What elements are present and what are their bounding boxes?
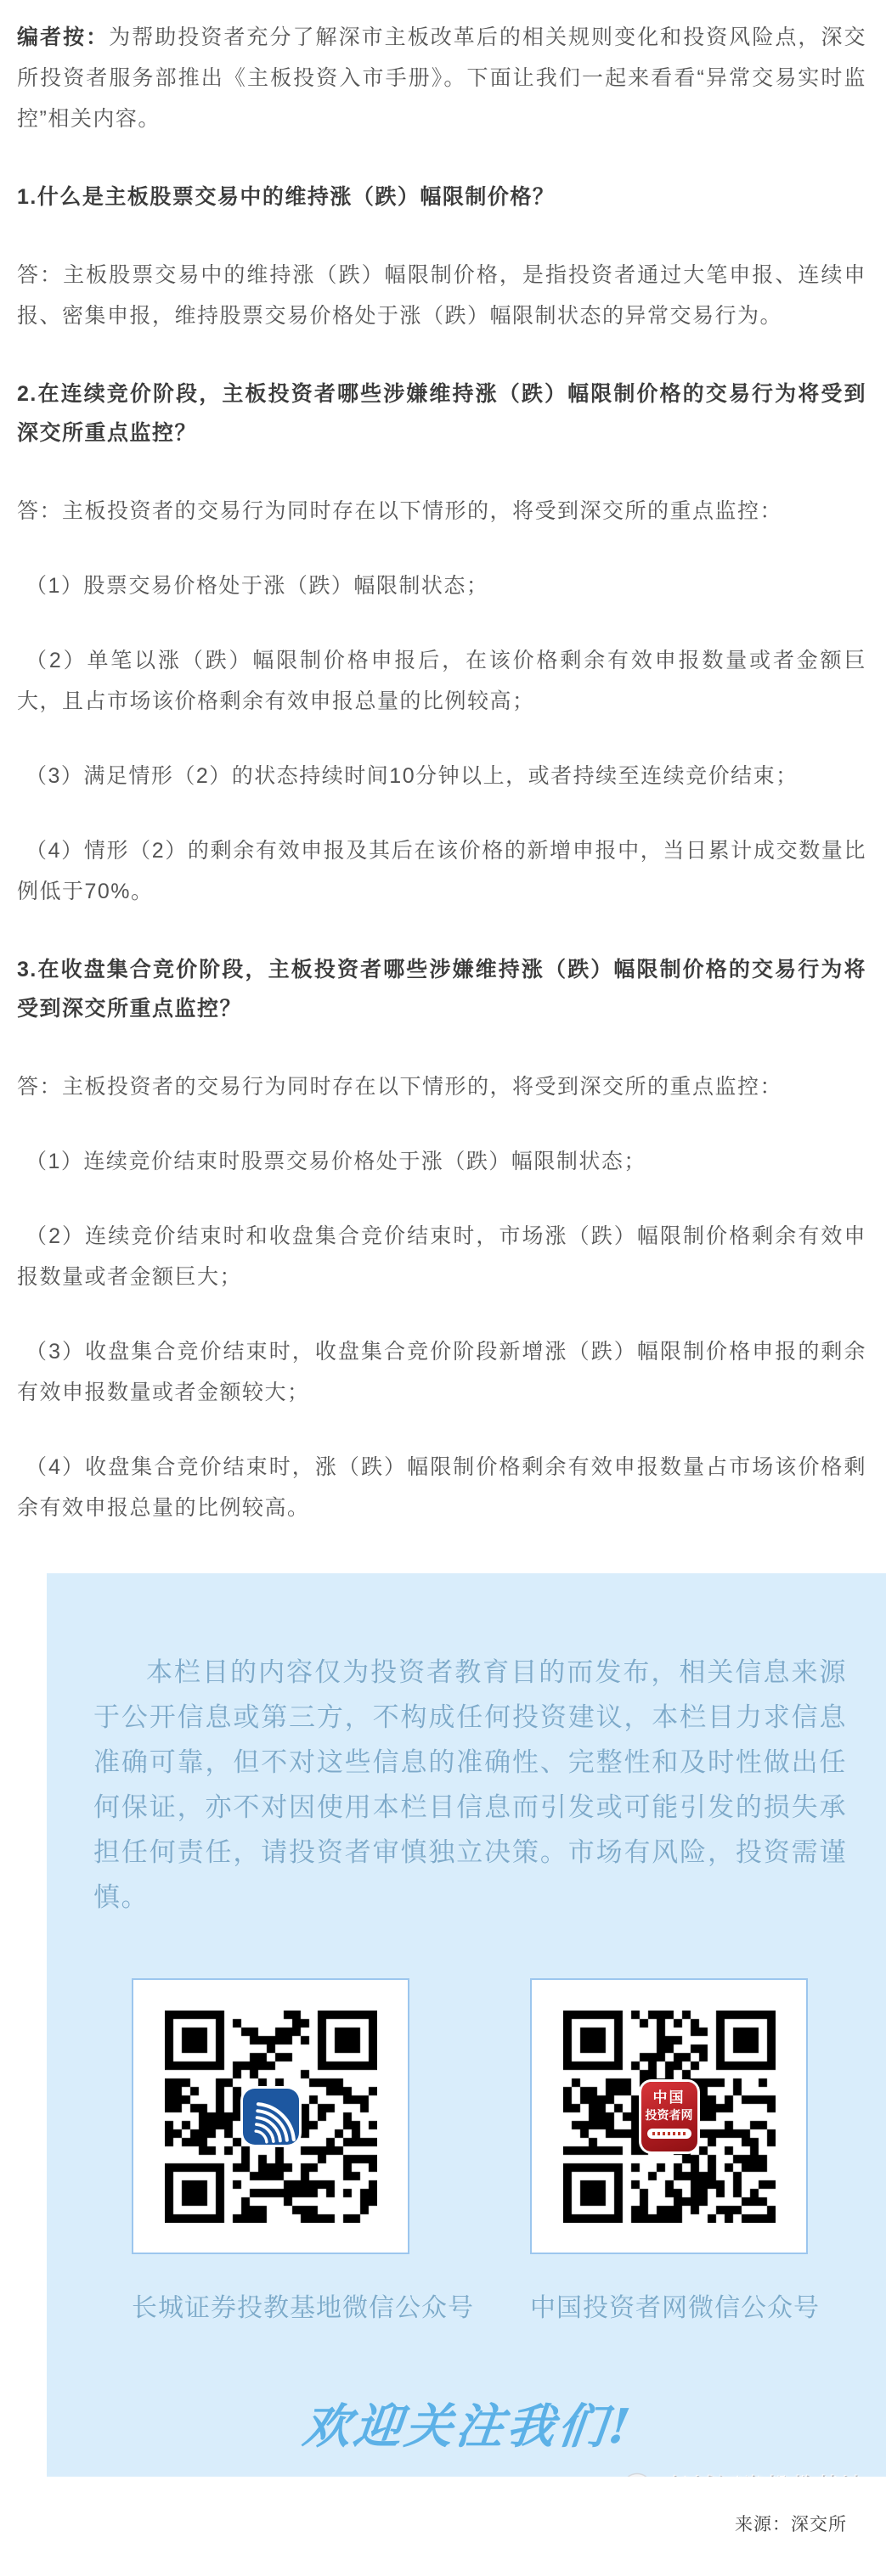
answer-3-item-2: （2）连续竞价结束时和收盘集合竞价结束时，市场涨（跌）幅限制价格剩余有效申报数量…	[17, 1216, 866, 1297]
disclaimer-text: 本栏目的内容仅为投资者教育目的而发布，相关信息来源于公开信息或第三方，不构成任何…	[93, 1650, 847, 1920]
qr-code-changcheng	[132, 1978, 409, 2254]
wave-swoosh-icon	[243, 2089, 299, 2145]
watermark: 长城证券投教基地	[47, 2472, 886, 2477]
wechat-icon	[623, 2472, 662, 2477]
answer-1: 答：主板股票交易中的维持涨（跌）幅限制价格，是指投资者通过大笔申报、连续申报、密…	[17, 255, 866, 336]
qr-caption-changcheng: 长城证券投教基地微信公众号	[132, 2291, 409, 2326]
answer-3-item-1: （1）连续竞价结束时股票交易价格处于涨（跌）幅限制状态；	[17, 1141, 866, 1182]
answer-2-intro: 答：主板投资者的交易行为同时存在以下情形的，将受到深交所的重点监控：	[17, 491, 866, 532]
qr-code-investor-cn: 中国 投资者网	[530, 1978, 808, 2254]
editor-note-label: 编者按：	[17, 25, 109, 49]
watermark-text: 长城证券投教基地	[669, 2473, 866, 2477]
answer-2-item-2: （2）单笔以涨（跌）幅限制价格申报后，在该价格剩余有效申报数量或者金额巨大，且占…	[17, 640, 866, 722]
answer-2-item-4: （4）情形（2）的剩余有效申报及其后在该价格的新增申报中，当日累计成交数量比例低…	[17, 830, 866, 912]
answer-3-item-4: （4）收盘集合竞价结束时，涨（跌）幅限制价格剩余有效申报数量占市场该价格剩余有效…	[17, 1447, 866, 1528]
question-3: 3.在收盘集合竞价阶段，主板投资者哪些涉嫌维持涨（跌）幅限制价格的交易行为将受到…	[17, 950, 866, 1028]
logo-text-line1: 中国	[653, 2089, 686, 2107]
answer-3-intro: 答：主板投资者的交易行为同时存在以下情形的，将受到深交所的重点监控：	[17, 1066, 866, 1107]
welcome-message: 欢迎关注我们!	[47, 2397, 886, 2456]
answer-2-item-1: （1）股票交易价格处于涨（跌）幅限制状态；	[17, 565, 866, 606]
editor-note-text: 为帮助投资者充分了解深市主板改革后的相关规则变化和投资风险点，深交所投资者服务部…	[17, 25, 866, 131]
qr-code-row: 中国 投资者网	[47, 1978, 886, 2254]
qr-caption-investor-cn: 中国投资者网微信公众号	[530, 2291, 808, 2326]
editor-note: 编者按：为帮助投资者充分了解深市主板改革后的相关规则变化和投资风险点，深交所投资…	[17, 17, 866, 139]
qr-caption-row: 长城证券投教基地微信公众号 中国投资者网微信公众号	[47, 2291, 886, 2326]
answer-3-item-3: （3）收盘集合竞价结束时，收盘集合竞价阶段新增涨（跌）幅限制价格申报的剩余有效申…	[17, 1331, 866, 1413]
source-attribution: 来源：深交所	[17, 2511, 866, 2539]
logo-bottom-band	[647, 2129, 691, 2139]
question-1: 1.什么是主板股票交易中的维持涨（跌）幅限制价格？	[17, 177, 866, 217]
answer-2-item-3: （3）满足情形（2）的状态持续时间10分钟以上，或者持续至连续竞价结束；	[17, 756, 866, 796]
investor-education-card: 本栏目的内容仅为投资者教育目的而发布，相关信息来源于公开信息或第三方，不构成任何…	[47, 1573, 886, 2477]
changcheng-securities-logo	[243, 2089, 299, 2145]
china-investor-net-logo: 中国 投资者网	[641, 2082, 697, 2151]
article-body: 编者按：为帮助投资者充分了解深市主板改革后的相关规则变化和投资风险点，深交所投资…	[0, 0, 886, 2539]
logo-text-line2: 投资者网	[646, 2107, 693, 2123]
question-2: 2.在连续竞价阶段，主板投资者哪些涉嫌维持涨（跌）幅限制价格的交易行为将受到深交…	[17, 374, 866, 453]
